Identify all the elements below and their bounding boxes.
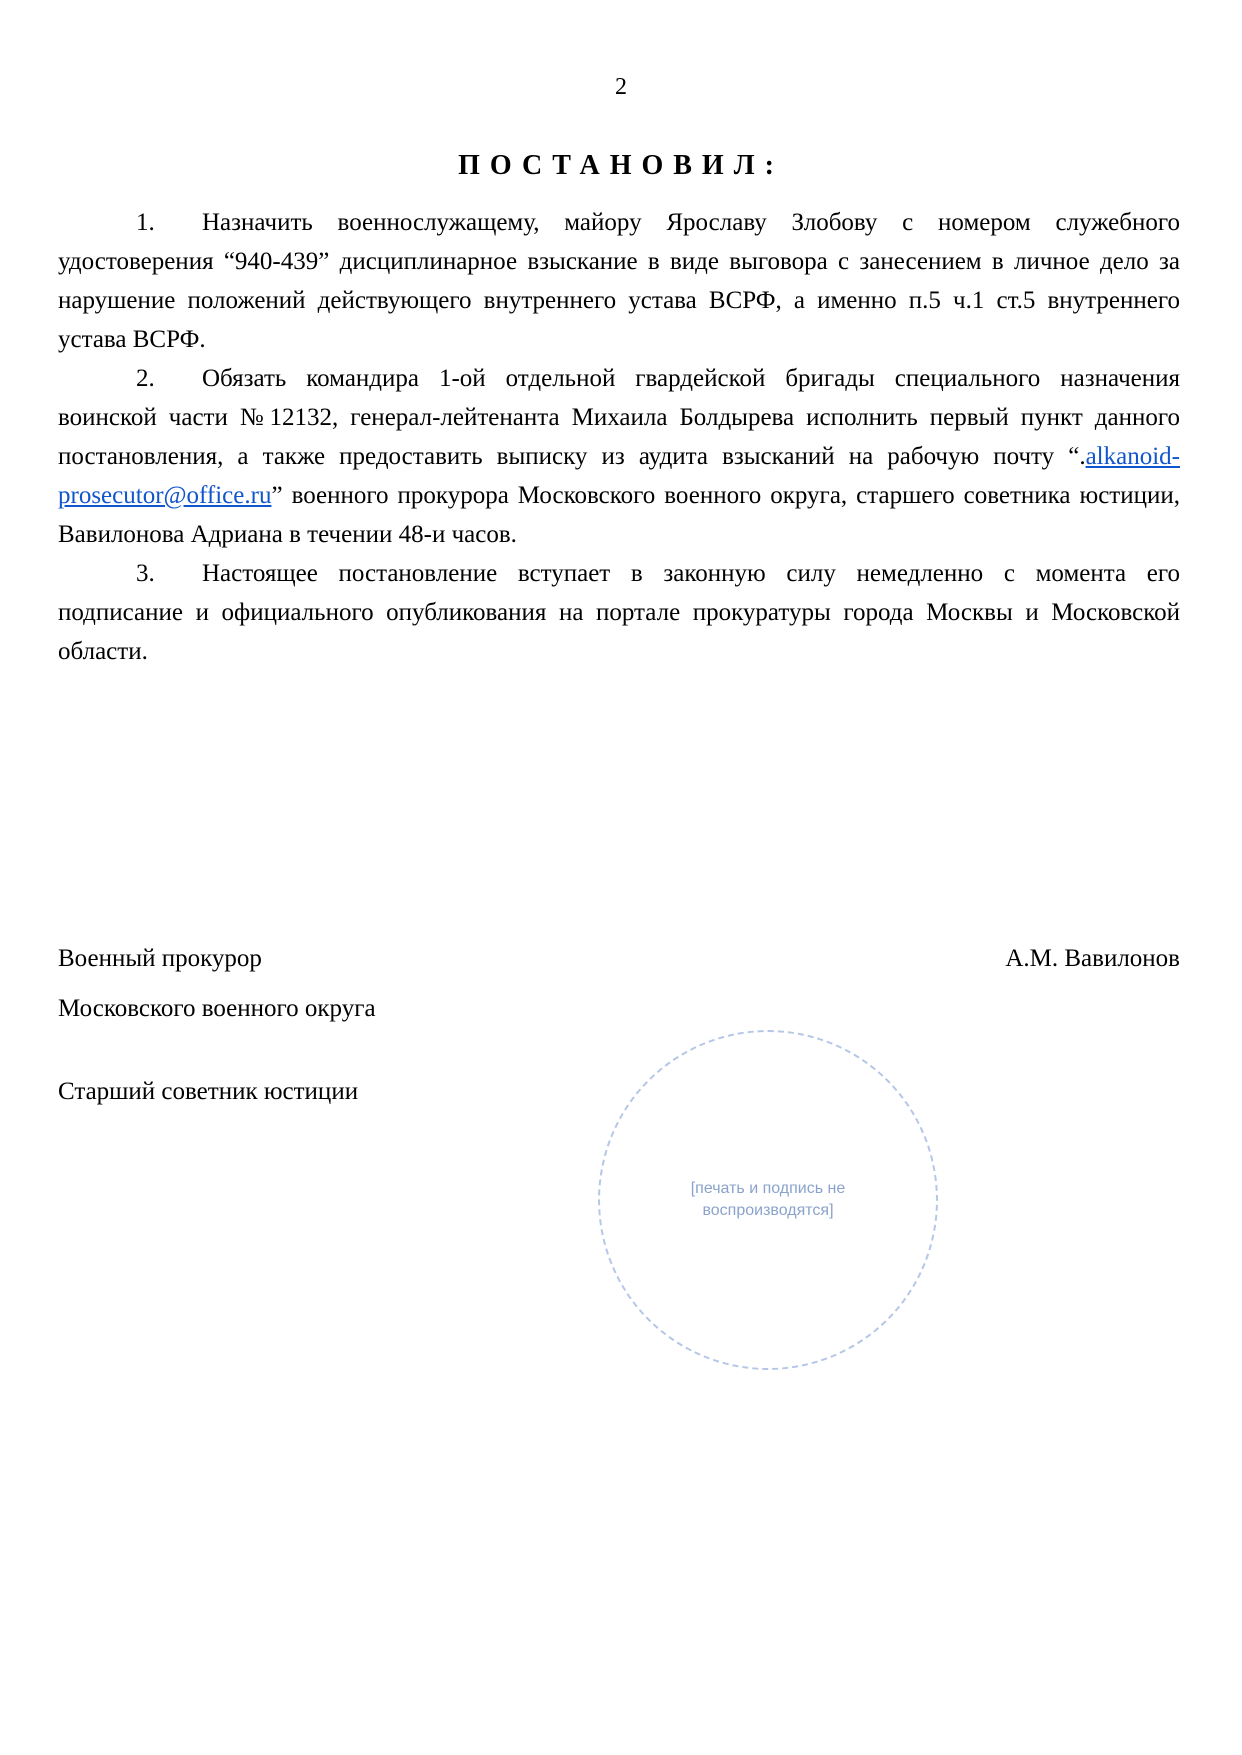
item-text: Настоящее постановление вступает в закон… — [58, 560, 1180, 665]
signatory-rank: Старший советник юстиции — [58, 1078, 358, 1106]
item-number: 2. — [136, 359, 202, 398]
document-body: 1.Назначить военнослужащему, майору Ярос… — [58, 203, 1180, 671]
resolution-item-2: 2.Обязать командира 1-ой отдельной гвард… — [58, 359, 1180, 554]
seal-signature-placeholder: [печать и подпись не воспроизводятся] — [598, 1030, 938, 1370]
signatory-name: А.М. Вавилонов — [1005, 945, 1180, 973]
page-number: 2 — [0, 74, 1242, 101]
item-number: 3. — [136, 554, 202, 593]
signatory-title-line2: Московского военного округа — [58, 995, 376, 1023]
item-number: 1. — [136, 203, 202, 242]
signatory-title-line1: Военный прокурор — [58, 945, 262, 973]
document-title: ПОСТАНОВИЛ: — [0, 150, 1242, 182]
resolution-item-3: 3.Настоящее постановление вступает в зак… — [58, 554, 1180, 671]
resolution-item-1: 1.Назначить военнослужащему, майору Ярос… — [58, 203, 1180, 359]
item-text: Назначить военнослужащему, майору Яросла… — [58, 209, 1180, 353]
item-text-before: Обязать командира 1-ой отдельной гвардей… — [58, 365, 1180, 470]
